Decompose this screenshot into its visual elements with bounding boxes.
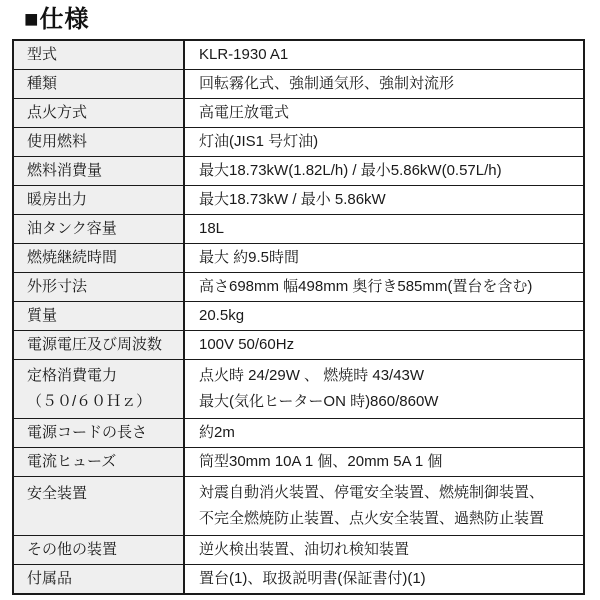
spec-label: 電流ヒューズ	[14, 448, 185, 476]
spec-value: 最大 約9.5時間	[185, 244, 583, 272]
spec-label: 暖房出力	[14, 186, 185, 214]
spec-value: 逆火検出装置、油切れ検知装置	[185, 536, 583, 564]
spec-value: 対震自動消火装置、停電安全装置、燃焼制御装置、 不完全燃焼防止装置、点火安全装置…	[185, 477, 583, 535]
spec-value: 高さ698mm 幅498mm 奥行き585mm(置台を含む)	[185, 273, 583, 301]
table-row-tank-capacity: 油タンク容量 18L	[14, 214, 583, 243]
spec-value: 置台(1)、取扱説明書(保証書付)(1)	[185, 565, 583, 593]
spec-label: 点火方式	[14, 99, 185, 127]
spec-label: 種類	[14, 70, 185, 98]
spec-label: 燃料消費量	[14, 157, 185, 185]
table-row-dimensions: 外形寸法 高さ698mm 幅498mm 奥行き585mm(置台を含む)	[14, 272, 583, 301]
table-row-ignition: 点火方式 高電圧放電式	[14, 98, 583, 127]
spec-label: 型式	[14, 41, 185, 69]
spec-label: 電源電圧及び周波数	[14, 331, 185, 359]
table-row-type: 種類 回転霧化式、強制通気形、強制対流形	[14, 69, 583, 98]
spec-label: 安全装置	[14, 477, 185, 535]
spec-value: 最大18.73kW(1.82L/h) / 最小5.86kW(0.57L/h)	[185, 157, 583, 185]
table-row-burn-time: 燃焼継続時間 最大 約9.5時間	[14, 243, 583, 272]
spec-value: 約2m	[185, 419, 583, 447]
spec-value: 高電圧放電式	[185, 99, 583, 127]
spec-label: 電源コードの長さ	[14, 419, 185, 447]
table-row-power-consumption: 定格消費電力 （５０/６０Ｈｚ） 点火時 24/29W 、 燃焼時 43/43W…	[14, 359, 583, 418]
spec-value: 筒型30mm 10A 1 個、20mm 5A 1 個	[185, 448, 583, 476]
table-row-fuel: 使用燃料 灯油(JIS1 号灯油)	[14, 127, 583, 156]
table-row-safety-devices: 安全装置 対震自動消火装置、停電安全装置、燃焼制御装置、 不完全燃焼防止装置、点…	[14, 476, 583, 535]
spec-value: 回転霧化式、強制通気形、強制対流形	[185, 70, 583, 98]
table-row-model: 型式 KLR-1930 A1	[14, 41, 583, 69]
spec-value: 最大18.73kW / 最小 5.86kW	[185, 186, 583, 214]
table-row-accessories: 付属品 置台(1)、取扱説明書(保証書付)(1)	[14, 564, 583, 593]
spec-value: 点火時 24/29W 、 燃焼時 43/43W 最大(気化ヒーターON 時)86…	[185, 360, 583, 418]
spec-label: 外形寸法	[14, 273, 185, 301]
spec-label: 油タンク容量	[14, 215, 185, 243]
spec-label: 質量	[14, 302, 185, 330]
table-row-weight: 質量 20.5kg	[14, 301, 583, 330]
spec-value: 18L	[185, 215, 583, 243]
table-row-fuel-consumption: 燃料消費量 最大18.73kW(1.82L/h) / 最小5.86kW(0.57…	[14, 156, 583, 185]
table-row-other-devices: その他の装置 逆火検出装置、油切れ検知装置	[14, 535, 583, 564]
spec-sheet-page: ■仕様 型式 KLR-1930 A1 種類 回転霧化式、強制通気形、強制対流形 …	[0, 0, 600, 600]
table-row-heating-output: 暖房出力 最大18.73kW / 最小 5.86kW	[14, 185, 583, 214]
table-row-fuse: 電流ヒューズ 筒型30mm 10A 1 個、20mm 5A 1 個	[14, 447, 583, 476]
table-row-voltage-frequency: 電源電圧及び周波数 100V 50/60Hz	[14, 330, 583, 359]
spec-label: 使用燃料	[14, 128, 185, 156]
spec-label: 燃焼継続時間	[14, 244, 185, 272]
spec-label: 定格消費電力 （５０/６０Ｈｚ）	[14, 360, 185, 418]
spec-value: 灯油(JIS1 号灯油)	[185, 128, 583, 156]
spec-label: 付属品	[14, 565, 185, 593]
spec-value: 100V 50/60Hz	[185, 331, 583, 359]
spec-table: 型式 KLR-1930 A1 種類 回転霧化式、強制通気形、強制対流形 点火方式…	[12, 39, 585, 595]
table-row-cord-length: 電源コードの長さ 約2m	[14, 418, 583, 447]
spec-label: その他の装置	[14, 536, 185, 564]
spec-value: 20.5kg	[185, 302, 583, 330]
page-title: ■仕様	[24, 6, 600, 34]
spec-value: KLR-1930 A1	[185, 41, 583, 69]
